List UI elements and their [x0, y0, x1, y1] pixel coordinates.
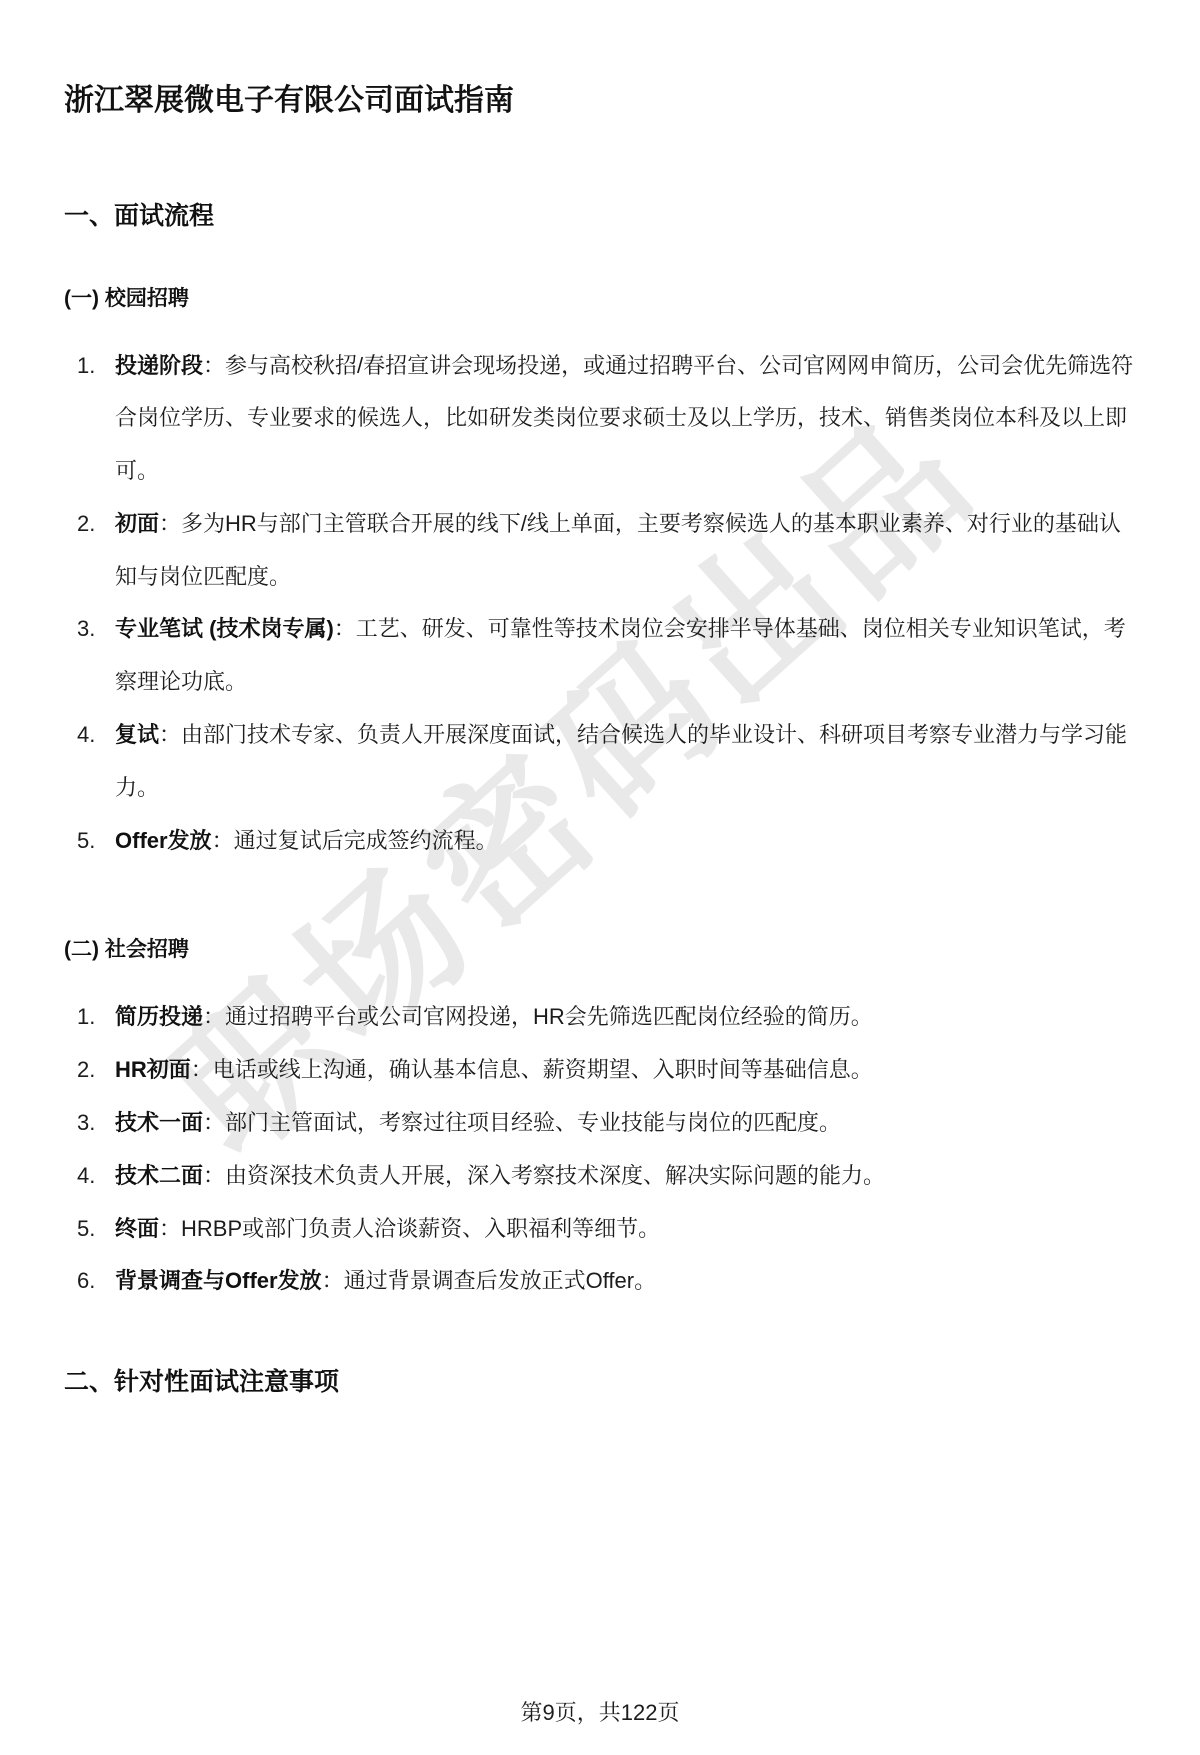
- list-item-colon: ：: [203, 353, 225, 378]
- list-item-number: 4.: [77, 709, 95, 762]
- section-heading-interview-notes: 二、针对性面试注意事项: [64, 1362, 1136, 1398]
- document-page: 浙江翠展微电子有限公司面试指南 一、面试流程 (一) 校园招聘 1. 投递阶段：…: [0, 0, 1200, 1755]
- list-item-text: 通过招聘平台或公司官网投递，HR会先筛选匹配岗位经验的简历。: [225, 1004, 873, 1029]
- list-item-label: 专业笔试 (技术岗专属): [115, 616, 334, 641]
- list-item-label: Offer发放: [115, 828, 212, 853]
- list-item: 5. 终面：HRBP或部门负责人洽谈薪资、入职福利等细节。: [64, 1203, 1136, 1256]
- list-item-text: 由资深技术负责人开展，深入考察技术深度、解决实际问题的能力。: [225, 1163, 885, 1188]
- list-item: 3. 专业笔试 (技术岗专属)：工艺、研发、可靠性等技术岗位会安排半导体基础、岗…: [64, 603, 1136, 709]
- list-item: 4. 复试：由部门技术专家、负责人开展深度面试，结合候选人的毕业设计、科研项目考…: [64, 709, 1136, 815]
- list-item-text: 通过复试后完成签约流程。: [234, 828, 498, 853]
- list-item-colon: ：: [191, 1057, 213, 1082]
- list-item-number: 2.: [77, 1044, 95, 1097]
- list-item-label: 投递阶段: [115, 353, 203, 378]
- list-item-colon: ：: [203, 1110, 225, 1135]
- list-item-label: 技术二面: [115, 1163, 203, 1188]
- list-item-colon: ：: [212, 828, 234, 853]
- list-item: 1. 投递阶段：参与高校秋招/春招宣讲会现场投递，或通过招聘平台、公司官网网申简…: [64, 340, 1136, 498]
- list-item-text: 由部门技术专家、负责人开展深度面试，结合候选人的毕业设计、科研项目考察专业潜力与…: [115, 722, 1127, 800]
- document-title: 浙江翠展微电子有限公司面试指南: [64, 82, 1136, 120]
- list-item-number: 5.: [77, 815, 95, 868]
- list-item-colon: ：: [159, 511, 181, 536]
- campus-recruitment-list: 1. 投递阶段：参与高校秋招/春招宣讲会现场投递，或通过招聘平台、公司官网网申简…: [64, 340, 1136, 868]
- page-number-footer: 第9页，共122页: [64, 1696, 1136, 1727]
- list-item: 2. 初面：多为HR与部门主管联合开展的线下/线上单面，主要考察候选人的基本职业…: [64, 498, 1136, 604]
- list-item-text: 通过背景调查后发放正式Offer。: [344, 1268, 657, 1293]
- list-item-number: 4.: [77, 1150, 95, 1203]
- list-item-label: 简历投递: [115, 1004, 203, 1029]
- subsection-heading-campus-recruitment: (一) 校园招聘: [64, 282, 1136, 312]
- list-item-label: HR初面: [115, 1057, 191, 1082]
- list-item-text: 部门主管面试，考察过往项目经验、专业技能与岗位的匹配度。: [225, 1110, 841, 1135]
- list-item-number: 5.: [77, 1203, 95, 1256]
- list-item-number: 3.: [77, 1097, 95, 1150]
- subsection-heading-social-recruitment: (二) 社会招聘: [64, 933, 1136, 963]
- list-item-number: 6.: [77, 1255, 95, 1308]
- list-item-colon: ：: [322, 1268, 344, 1293]
- list-item-colon: ：: [203, 1163, 225, 1188]
- section-heading-interview-process: 一、面试流程: [64, 196, 1136, 232]
- list-item-number: 1.: [77, 340, 95, 393]
- list-item-colon: ：: [203, 1004, 225, 1029]
- list-item: 4. 技术二面：由资深技术负责人开展，深入考察技术深度、解决实际问题的能力。: [64, 1150, 1136, 1203]
- list-item-label: 背景调查与Offer发放: [115, 1268, 322, 1293]
- list-item-text: 多为HR与部门主管联合开展的线下/线上单面，主要考察候选人的基本职业素养、对行业…: [115, 511, 1121, 589]
- social-recruitment-list: 1. 简历投递：通过招聘平台或公司官网投递，HR会先筛选匹配岗位经验的简历。 2…: [64, 991, 1136, 1308]
- list-item: 2. HR初面：电话或线上沟通，确认基本信息、薪资期望、入职时间等基础信息。: [64, 1044, 1136, 1097]
- list-item-label: 复试: [115, 722, 159, 747]
- list-item-label: 终面: [115, 1216, 159, 1241]
- list-item-text: 电话或线上沟通，确认基本信息、薪资期望、入职时间等基础信息。: [213, 1057, 873, 1082]
- list-item-number: 3.: [77, 603, 95, 656]
- list-item-label: 技术一面: [115, 1110, 203, 1135]
- list-item: 6. 背景调查与Offer发放：通过背景调查后发放正式Offer。: [64, 1255, 1136, 1308]
- list-item-colon: ：: [159, 722, 181, 747]
- list-item-colon: ：: [334, 616, 356, 641]
- list-item: 5. Offer发放：通过复试后完成签约流程。: [64, 815, 1136, 868]
- list-item-number: 2.: [77, 498, 95, 551]
- list-item-text: HRBP或部门负责人洽谈薪资、入职福利等细节。: [181, 1216, 660, 1241]
- list-item-number: 1.: [77, 991, 95, 1044]
- list-item-label: 初面: [115, 511, 159, 536]
- list-item: 3. 技术一面：部门主管面试，考察过往项目经验、专业技能与岗位的匹配度。: [64, 1097, 1136, 1150]
- list-item-text: 参与高校秋招/春招宣讲会现场投递，或通过招聘平台、公司官网网申简历，公司会优先筛…: [115, 353, 1133, 484]
- list-item-colon: ：: [159, 1216, 181, 1241]
- list-item: 1. 简历投递：通过招聘平台或公司官网投递，HR会先筛选匹配岗位经验的简历。: [64, 991, 1136, 1044]
